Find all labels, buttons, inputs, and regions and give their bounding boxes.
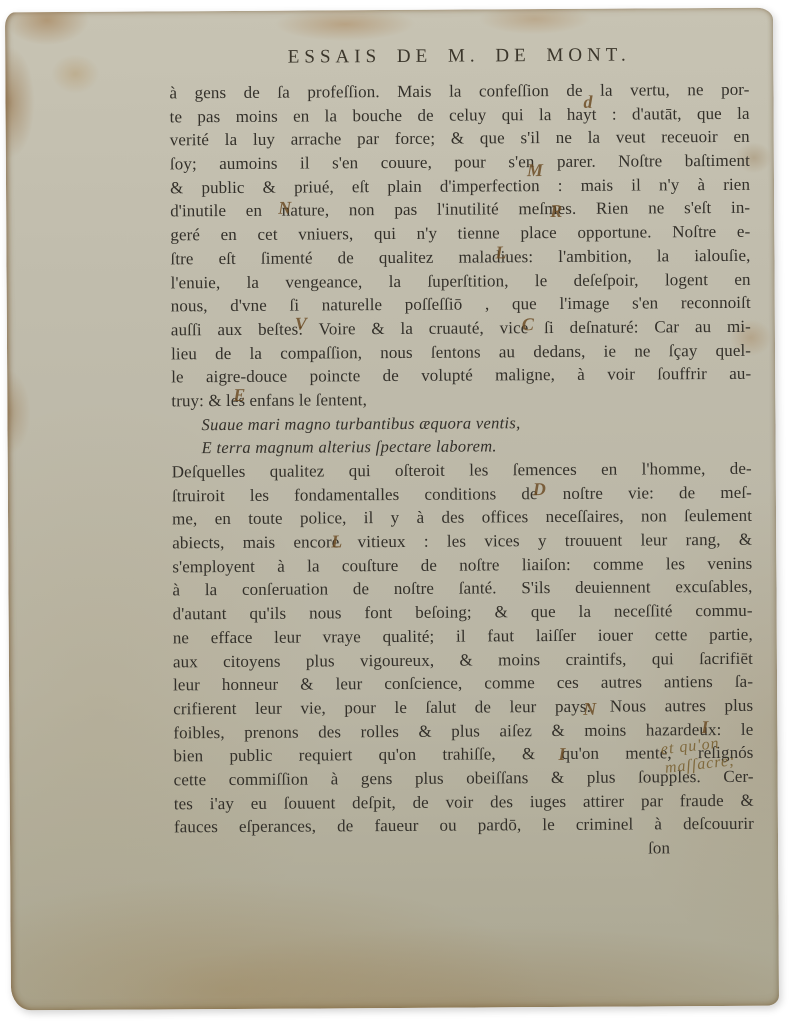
text-line: ſtre eſt ſimenté de qualitez maladiues: … (170, 244, 750, 271)
text-line: nous, d'vne ſi naturelle poſſeſſiō , que… (171, 291, 751, 318)
text-line: auſſi aux beſtes: Voire & la cruauté, vi… (171, 315, 751, 342)
text-line: leur honneur & leur conſcience, comme ce… (173, 670, 753, 697)
text-line: l'enuie, la vengeance, la ſuperſtition, … (171, 267, 751, 294)
text-column: ESSAIS DE M. DE MONT. à gens de ſa profe… (169, 44, 749, 70)
text-line: fauces eſperances, de faueur ou pardō, l… (174, 812, 754, 839)
text-line: d'inutile en nature, non pas l'inutilité… (170, 196, 750, 223)
text-line: crifierent leur vie, pour le ſalut de le… (173, 694, 753, 721)
catchword: ſon (174, 836, 754, 863)
text-line: à gens de ſa profeſſion. Mais la confeſſ… (169, 78, 749, 105)
text-line: lieu de la compaſſion, nous ſentons au d… (171, 338, 751, 365)
text-line: aux citoyens plus vigoureux, & moins cra… (173, 646, 753, 673)
text-line: truy: & les enfans le ſentent, (171, 386, 751, 413)
text-line: te pas moins en la bouche de celuy qui l… (170, 101, 750, 128)
text-line: me, en toute police, il y à des offices … (172, 504, 752, 531)
text-line: à la conſeruation de noſtre ſanté. S'ils… (172, 575, 752, 602)
text-line: & public & priué, eſt plain d'imperfecti… (170, 173, 750, 200)
text-line: le aigre-douce poincte de volupté malign… (171, 362, 751, 389)
text-line: ne efface leur vraye qualité; il faut la… (173, 623, 753, 650)
text-line: s'employent à la couſture de noſtre liai… (172, 552, 752, 579)
scan-background: { "document": { "header": "ESSAIS DE M. … (0, 0, 793, 1024)
latin-quote-line: E terra magnum alterius ſpectare laborem… (172, 433, 752, 460)
text-line: verité la luy arrache par force; & que s… (170, 125, 750, 152)
latin-quote-line: Suaue mari magno turbantibus æquora vent… (171, 409, 751, 436)
text-line: geré en cet vniuers, qui n'y tienne plac… (170, 220, 750, 247)
text-line: ſtruiroit les fondamentalles conditions … (172, 480, 752, 507)
text-line: tes i'ay eu ſouuent deſpit, de voir des … (174, 788, 754, 815)
text-line: abiects, mais encore vitieux : les vices… (172, 528, 752, 555)
page-header: ESSAIS DE M. DE MONT. (169, 44, 749, 70)
text-line: ſoy; aumoins il s'en couure, pour s'en p… (170, 149, 750, 176)
book-page: ESSAIS DE M. DE MONT. à gens de ſa profe… (5, 8, 779, 1011)
text-line: d'autant qu'ils nous font beſoing; & que… (173, 599, 753, 626)
text-line: Deſquelles qualitez qui oſteroit les ſem… (172, 457, 752, 484)
